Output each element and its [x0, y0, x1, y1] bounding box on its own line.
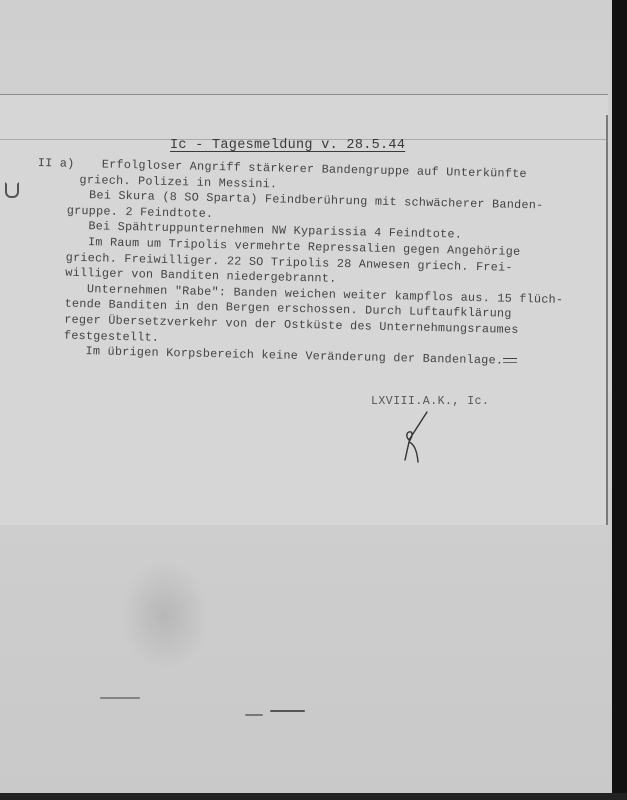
scan-border-bottom: [0, 793, 627, 800]
sender-block: LXVIII.A.K., Ic.: [371, 395, 489, 408]
smudge: [100, 697, 140, 699]
section-label: II a): [38, 156, 102, 173]
signature-icon: [400, 410, 430, 465]
report-body: II a)Erfolgloser Angriff stärkerer Bande…: [33, 156, 597, 371]
report-title: Ic - Tagesmeldung v. 28.5.44: [170, 138, 405, 153]
pen-mark-icon: [503, 358, 517, 363]
smudge: [245, 714, 263, 716]
smudge: [270, 710, 305, 712]
punch-hole-icon: [5, 182, 19, 198]
sheet-right-edge: [606, 115, 608, 525]
scan-border-right: [612, 0, 627, 800]
